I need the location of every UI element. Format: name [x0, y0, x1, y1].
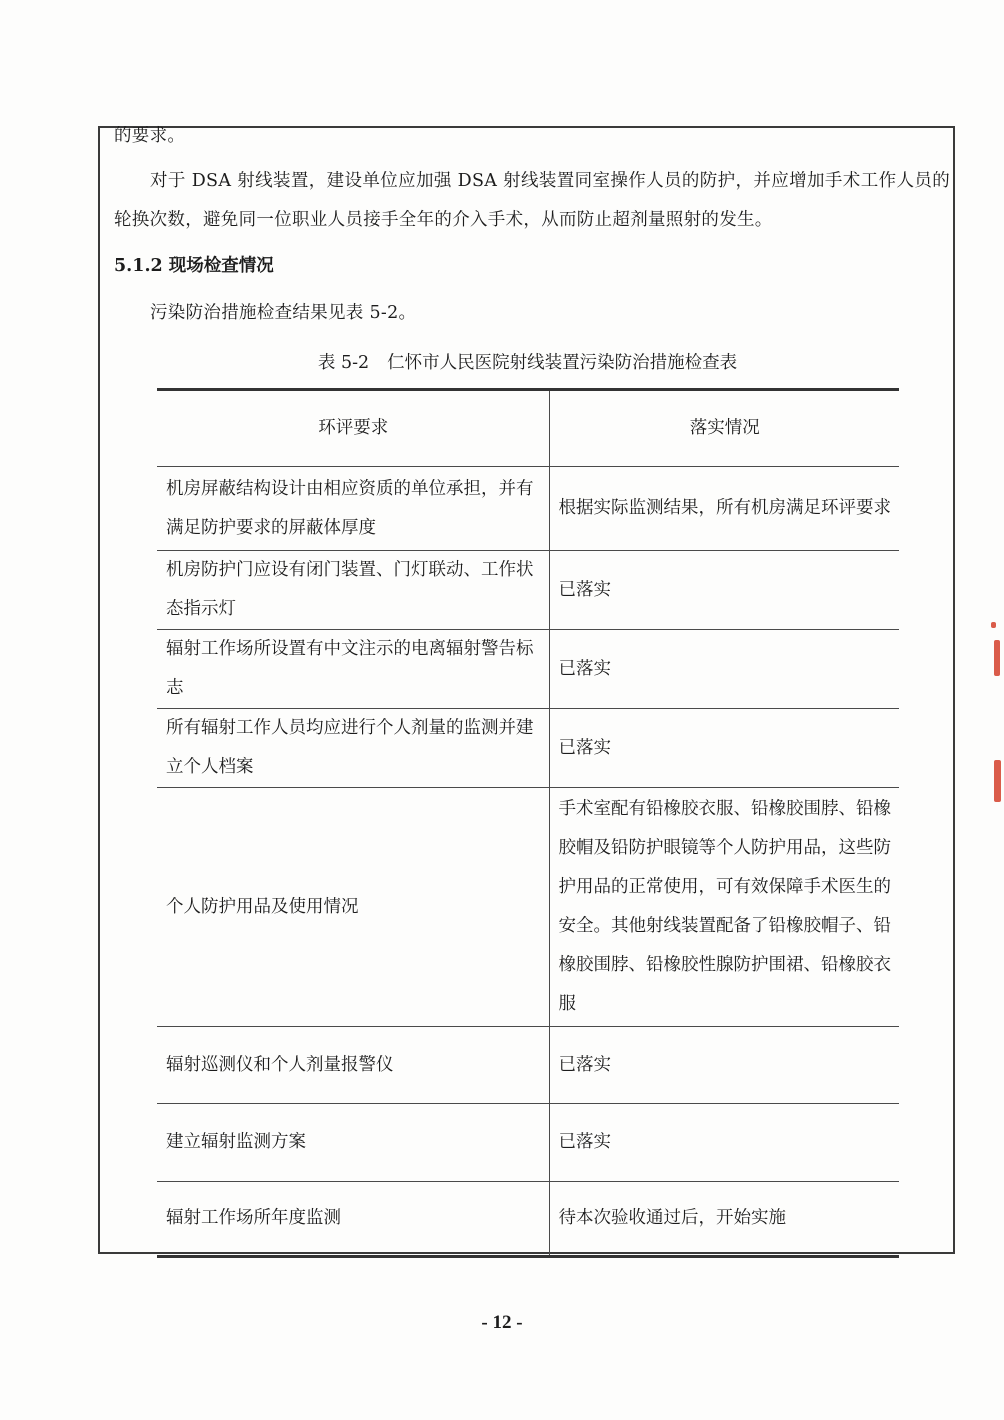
requirement-cell: 机房屏蔽结构设计由相应资质的单位承担，并有满足防护要求的屏蔽体厚度: [157, 467, 549, 551]
requirement-cell: 辐射工作场所年度监测: [157, 1182, 549, 1257]
inspection-table: 环评要求 落实情况 机房屏蔽结构设计由相应资质的单位承担，并有满足防护要求的屏蔽…: [157, 388, 899, 1258]
status-cell: 已落实: [549, 630, 899, 709]
status-cell: 已落实: [549, 709, 899, 788]
table-row: 机房屏蔽结构设计由相应资质的单位承担，并有满足防护要求的屏蔽体厚度 根据实际监测…: [157, 467, 899, 551]
seal-stamp-fragment-mid: [994, 640, 1000, 676]
requirement-cell: 辐射工作场所设置有中文注示的电离辐射警告标志: [157, 630, 549, 709]
table-caption: 表 5-2仁怀市人民医院射线装置污染防治措施检查表: [157, 344, 898, 382]
intro-sentence: 污染防治措施检查结果见表 5-2。: [150, 294, 986, 333]
table-row: 个人防护用品及使用情况 手术室配有铅橡胶衣服、铅橡胶围脖、铅橡胶帽及铅防护眼镜等…: [157, 788, 899, 1027]
status-cell: 手术室配有铅橡胶衣服、铅橡胶围脖、铅橡胶帽及铅防护眼镜等个人防护用品，这些防护用…: [549, 788, 899, 1027]
page-number: - 12 -: [0, 1312, 1004, 1334]
table-row: 辐射工作场所年度监测 待本次验收通过后，开始实施: [157, 1182, 899, 1257]
table-row: 机房防护门应设有闭门装置、门灯联动、工作状态指示灯 已落实: [157, 551, 899, 630]
requirement-cell: 建立辐射监测方案: [157, 1104, 549, 1182]
header-requirement: 环评要求: [157, 390, 549, 467]
status-cell: 待本次验收通过后，开始实施: [549, 1182, 899, 1257]
table-header-row: 环评要求 落实情况: [157, 390, 899, 467]
requirement-cell: 个人防护用品及使用情况: [157, 788, 549, 1027]
seal-stamp-fragment-bottom: [994, 760, 1001, 802]
continuation-text: 的要求。: [114, 117, 950, 156]
requirement-cell: 所有辐射工作人员均应进行个人剂量的监测并建立个人档案: [157, 709, 549, 788]
header-status: 落实情况: [549, 390, 899, 467]
table-row: 辐射工作场所设置有中文注示的电离辐射警告标志 已落实: [157, 630, 899, 709]
table-caption-number: 表 5-2: [318, 353, 369, 373]
requirement-cell: 机房防护门应设有闭门装置、门灯联动、工作状态指示灯: [157, 551, 549, 630]
paragraph-dsa-protection: 对于 DSA 射线装置，建设单位应加强 DSA 射线装置同室操作人员的防护，并应…: [114, 162, 950, 240]
table-row: 建立辐射监测方案 已落实: [157, 1104, 899, 1182]
table-row: 所有辐射工作人员均应进行个人剂量的监测并建立个人档案 已落实: [157, 709, 899, 788]
seal-stamp-fragment-top: [991, 622, 996, 628]
table-row: 辐射巡测仪和个人剂量报警仪 已落实: [157, 1027, 899, 1104]
status-cell: 已落实: [549, 1027, 899, 1104]
section-heading: 5.1.2 现场检查情况: [114, 247, 274, 285]
status-cell: 已落实: [549, 1104, 899, 1182]
requirement-cell: 辐射巡测仪和个人剂量报警仪: [157, 1027, 549, 1104]
status-cell: 根据实际监测结果，所有机房满足环评要求: [549, 467, 899, 551]
status-cell: 已落实: [549, 551, 899, 630]
table-caption-title: 仁怀市人民医院射线装置污染防治措施检查表: [387, 353, 737, 373]
